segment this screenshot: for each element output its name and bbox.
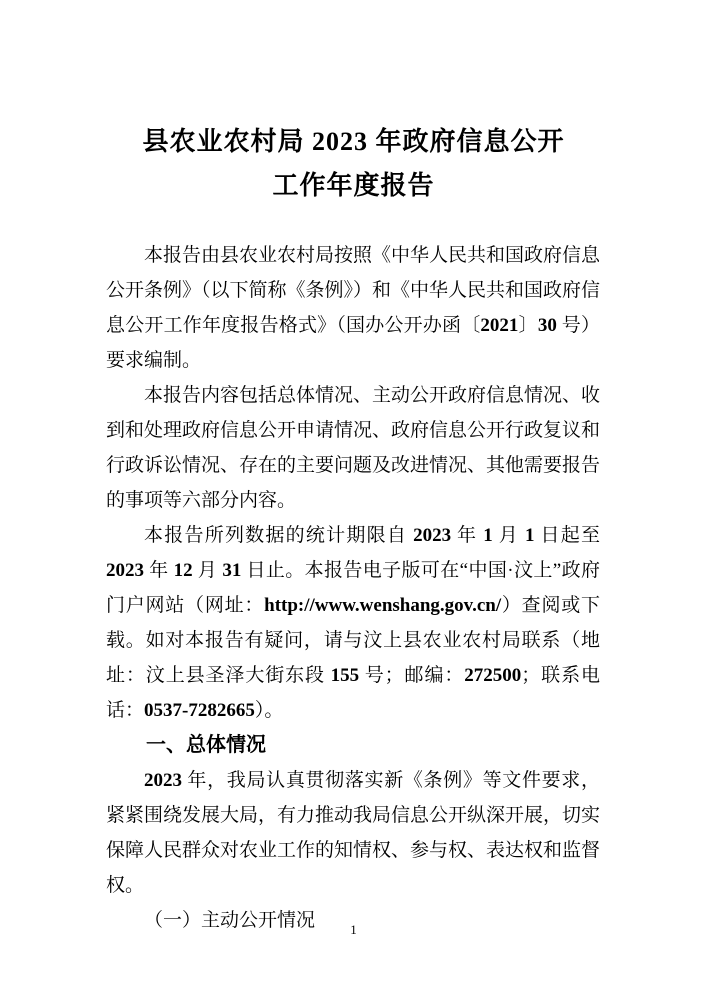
bold-text-run: 1 (525, 525, 535, 546)
paragraph-intro: 本报告由县农业农村局按照《中华人民共和国政府信息公开条例》（以下简称《条例》）和… (106, 238, 600, 378)
paragraph-overall-situation: 2023 年，我局认真贯彻落实新《条例》等文件要求，紧紧围绕发展大局，有力推动我… (106, 763, 600, 903)
bold-text-run: 1 (483, 525, 493, 546)
document-title-line1: 县农业农村局 2023 年政府信息公开 (142, 127, 564, 156)
text-run: 日起至 (535, 525, 600, 546)
bold-text-run: 2021 (480, 315, 518, 336)
document-title: 县农业农村局 2023 年政府信息公开工作年度报告 (0, 0, 707, 208)
text-run: 月 (493, 525, 525, 546)
text-run: 月 (193, 560, 223, 581)
document-title-line2: 工作年度报告 (272, 171, 434, 200)
text-run: 年 (451, 525, 483, 546)
bold-text-run: http://www.wenshang.gov.cn/ (264, 595, 501, 616)
paragraph-data-period-contact: 本报告所列数据的统计期限自 2023 年 1 月 1 日起至 2023 年 12… (106, 518, 600, 728)
text-run: 本报告内容包括总体情况、主动公开政府信息情况、收到和处理政府信息公开申请情况、政… (106, 385, 600, 511)
bold-text-run: 30 (538, 315, 557, 336)
text-run: 年 (144, 560, 174, 581)
bold-text-run: 0537-7282665 (144, 700, 255, 721)
text-run: 〕 (518, 315, 537, 336)
text-run: ）。 (255, 700, 284, 721)
bold-text-run: 155 (331, 665, 360, 686)
text-run: 号；邮编： (359, 665, 464, 686)
document-body: 本报告由县农业农村局按照《中华人民共和国政府信息公开条例》（以下简称《条例》）和… (106, 238, 600, 938)
bold-text-run: 2023 (144, 770, 182, 791)
document-page: 县农业农村局 2023 年政府信息公开工作年度报告 本报告由县农业农村局按照《中… (0, 0, 707, 999)
bold-text-run: 31 (222, 560, 241, 581)
bold-text-run: 12 (174, 560, 193, 581)
bold-text-run: 2023 (413, 525, 451, 546)
bold-text-run: 2023 (106, 560, 144, 581)
text-run: 本报告所列数据的统计期限自 (144, 525, 413, 546)
bold-text-run: 272500 (464, 665, 521, 686)
page-number: 1 (0, 922, 707, 938)
section-heading-overall-situation: 一、总体情况 (106, 728, 600, 763)
paragraph-report-scope: 本报告内容包括总体情况、主动公开政府信息情况、收到和处理政府信息公开申请情况、政… (106, 378, 600, 518)
